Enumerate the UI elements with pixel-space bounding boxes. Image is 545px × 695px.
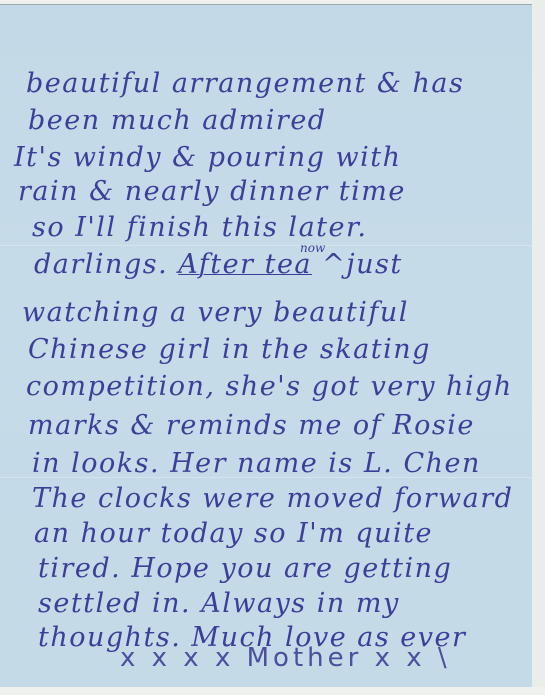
letter-line-1: beautiful arrangement & has [26,68,464,100]
letter-line-10: marks & reminds me of Rosie [28,410,475,442]
letter-line-9: competition, she's got very high [26,371,513,403]
scan-margin-right [532,0,545,695]
insert-caret: ^ [322,249,346,280]
letter-line-11: in looks. Her name is L. Chen [32,448,481,480]
insertion-now: now [300,241,325,255]
signoff-kisses-mother: x x x x Mother x x \ [120,643,451,673]
paper-fold-line [0,245,532,246]
letter-line-8: Chinese girl in the skating [28,334,431,366]
scan-margin-bottom [0,687,545,695]
letter-line-14: tired. Hope you are getting [38,553,452,585]
letter-line-7: watching a very beautiful [22,297,409,329]
letter-line-2: been much admired [28,105,327,137]
letter-line-6: darlings. After tea ^just [34,249,403,281]
letter-line-4: rain & nearly dinner time [18,176,406,208]
letter-line-5: so I'll finish this later. [32,212,368,244]
letter-line-13: an hour today so I'm quite [34,518,433,550]
letter-page: beautiful arrangement & has been much ad… [0,4,532,688]
letter-line-15: settled in. Always in my [38,588,400,620]
letter-line-12: The clocks were moved forward [32,483,513,515]
letter-line-6-start: darlings. [34,249,168,280]
letter-line-3: It's windy & pouring with [14,142,401,174]
letter-line-6-end: just [346,249,402,280]
after-tea-underlined: After tea [178,249,312,280]
